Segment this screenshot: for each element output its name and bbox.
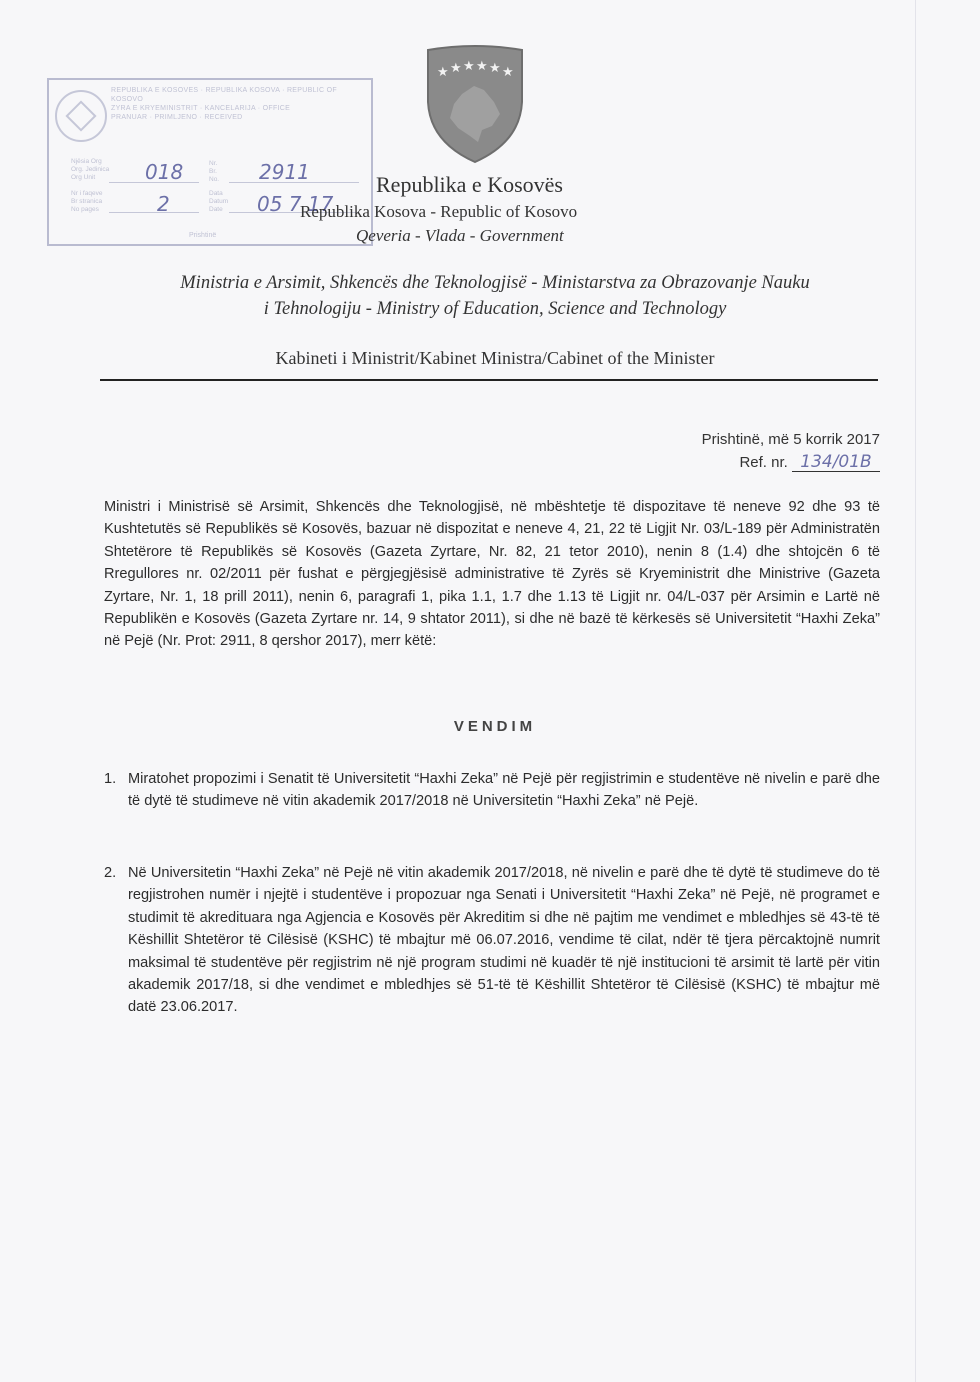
svg-text:★: ★: [489, 61, 501, 76]
republic-subtitle: Republika Kosova - Republic of Kosovo: [300, 202, 577, 222]
place-date: Prishtinë, më 5 korrik 2017: [702, 428, 880, 451]
header-divider: [100, 379, 878, 381]
page-edge: [915, 0, 916, 1382]
reference-number: Ref. nr. 134/01B: [702, 451, 880, 474]
reference-number-value: 134/01B: [792, 453, 880, 472]
stamp-label: Br.: [209, 168, 217, 176]
republic-title: Republika e Kosovës: [376, 172, 563, 198]
stamp-label: Nr i faqeve: [71, 190, 102, 198]
decision-title: VENDIM: [100, 718, 890, 735]
stamp-label: Org. Jedinica: [71, 166, 109, 174]
item-number: 2.: [104, 862, 128, 884]
svg-text:★: ★: [437, 65, 449, 80]
stamp-label: Data: [209, 190, 223, 198]
stamp-label: Njësia Org: [71, 158, 102, 166]
stamp-place: Prishtinë: [189, 232, 216, 239]
cabinet-line: Kabineti i Ministrit/Kabinet Ministra/Ca…: [100, 348, 890, 369]
item-text: Miratohet propozimi i Senatit të Univers…: [128, 768, 880, 813]
dateline: Prishtinë, më 5 korrik 2017 Ref. nr. 134…: [702, 428, 880, 474]
ministry-name: Ministria e Arsimit, Shkencës dhe Teknol…: [100, 270, 890, 322]
stamp-label: No.: [209, 176, 219, 184]
decision-item: 2. Në Universitetin “Haxhi Zeka” në Pejë…: [104, 862, 880, 1019]
decision-item: 1. Miratohet propozimi i Senatit të Univ…: [104, 768, 880, 813]
stamp-label: Org Unit: [71, 174, 95, 182]
svg-text:★: ★: [502, 65, 514, 80]
stamp-header: REPUBLIKA E KOSOVES · REPUBLIKA KOSOVA ·…: [111, 86, 369, 122]
stamp-seal-icon: [55, 90, 107, 142]
stamp-org-unit-value: 018: [145, 160, 183, 184]
item-text: Në Universitetin “Haxhi Zeka” në Pejë në…: [128, 862, 880, 1019]
stamp-number-value: 2911: [259, 160, 310, 184]
svg-text:★: ★: [476, 59, 488, 74]
stamp-underline: [109, 212, 199, 213]
stamp-label: Date: [209, 206, 223, 214]
stamp-pages-value: 2: [157, 192, 170, 216]
item-number: 1.: [104, 768, 128, 790]
svg-text:★: ★: [463, 59, 475, 74]
government-line: Qeveria - Vlada - Government: [356, 226, 564, 246]
stamp-label: No pages: [71, 206, 99, 214]
stamp-label: Nr.: [209, 160, 217, 168]
preamble-paragraph: Ministri i Ministrisë së Arsimit, Shkenc…: [104, 496, 880, 653]
svg-text:★: ★: [450, 61, 462, 76]
stamp-label: Datum: [209, 198, 228, 206]
kosovo-coat-of-arms-icon: ★ ★ ★ ★ ★ ★: [424, 44, 526, 164]
stamp-label: Br stranica: [71, 198, 102, 206]
